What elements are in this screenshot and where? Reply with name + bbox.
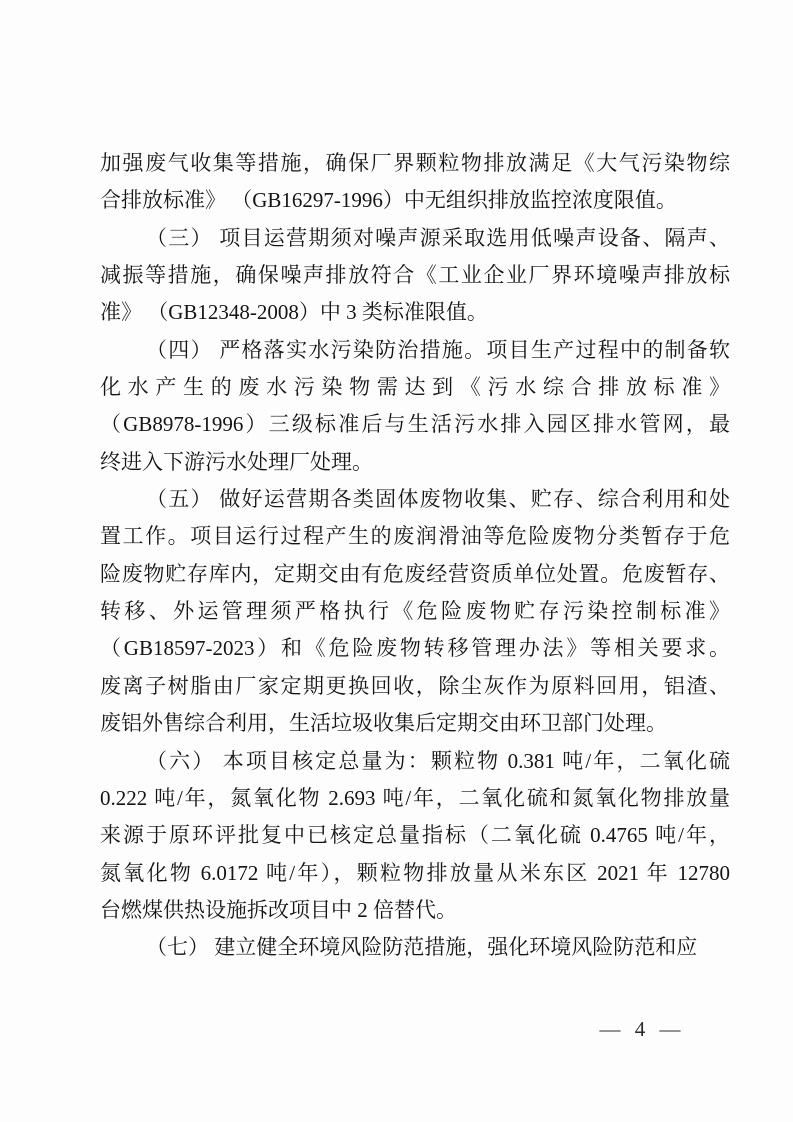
text-line: （GB8978-1996）三级标准后与生活污水排入园区排水管网，最 [100,406,730,443]
text-line: 废铝外售综合利用，生活垃圾收集后定期交由环卫部门处理。 [100,705,730,742]
paragraph: 加强废气收集等措施，确保厂界颗粒物排放满足《大气污染物综合排放标准》 （GB16… [100,145,730,220]
text-line: （六） 本项目核定总量为：颗粒物 0.381 吨/年，二氧化硫 [100,743,730,780]
text-line: 台燃煤供热设施拆改项目中 2 倍替代。 [100,892,730,929]
text-line: 0.222 吨/年，氮氧化物 2.693 吨/年，二氧化硫和氮氧化物排放量 [100,780,730,817]
text-line: 险废物贮存库内，定期交由有危废经营资质单位处置。危废暂存、 [100,556,730,593]
page-number-dash-left: — [593,1017,628,1041]
text-line: 加强废气收集等措施，确保厂界颗粒物排放满足《大气污染物综 [100,145,730,182]
text-line: （五） 做好运营期各类固体废物收集、贮存、综合利用和处 [100,481,730,518]
paragraph: （三） 项目运营期须对噪声源采取选用低噪声设备、隔声、减振等措施，确保噪声排放符… [100,220,730,332]
paragraph: （五） 做好运营期各类固体废物收集、贮存、综合利用和处置工作。项目运行过程产生的… [100,481,730,742]
paragraph: （六） 本项目核定总量为：颗粒物 0.381 吨/年，二氧化硫0.222 吨/年… [100,743,730,930]
text-line: 废离子树脂由厂家定期更换回收，除尘灰作为原料回用，铝渣、 [100,668,730,705]
text-line: 来源于原环评批复中已核定总量指标（二氧化硫 0.4765 吨/年， [100,817,730,854]
text-line: （三） 项目运营期须对噪声源采取选用低噪声设备、隔声、 [100,220,730,257]
text-line: 准》 （GB12348-2008）中 3 类标准限值。 [100,294,730,331]
text-line: （GB18597-2023）和《危险废物转移管理办法》等相关要求。 [100,630,730,667]
page-number-value: 4 [633,1017,648,1041]
text-line: 减振等措施，确保噪声排放符合《工业企业厂界环境噪声排放标 [100,257,730,294]
paragraph: （七） 建立健全环境风险防范措施，强化环境风险防范和应 [100,929,730,966]
text-line: （七） 建立健全环境风险防范措施，强化环境风险防范和应 [100,929,730,966]
document-page: 加强废气收集等措施，确保厂界颗粒物排放满足《大气污染物综合排放标准》 （GB16… [0,0,793,1122]
text-line: 合排放标准》 （GB16297-1996）中无组织排放监控浓度限值。 [100,182,730,219]
text-line: （四） 严格落实水污染防治措施。项目生产过程中的制备软 [100,332,730,369]
text-line: 化水产生的废水污染物需达到《污水综合排放标准》 [100,369,730,406]
text-line: 氮氧化物 6.0172 吨/年），颗粒物排放量从米东区 2021 年 12780 [100,855,730,892]
text-line: 转移、外运管理须严格执行《危险废物贮存污染控制标准》 [100,593,730,630]
paragraph: （四） 严格落实水污染防治措施。项目生产过程中的制备软化水产生的废水污染物需达到… [100,332,730,481]
document-body: 加强废气收集等措施，确保厂界颗粒物排放满足《大气污染物综合排放标准》 （GB16… [100,145,730,967]
text-line: 终进入下游污水处理厂处理。 [100,444,730,481]
page-number-dash-right: — [653,1017,688,1041]
page-number: — 4 — [558,1014,722,1044]
text-line: 置工作。项目运行过程产生的废润滑油等危险废物分类暂存于危 [100,518,730,555]
